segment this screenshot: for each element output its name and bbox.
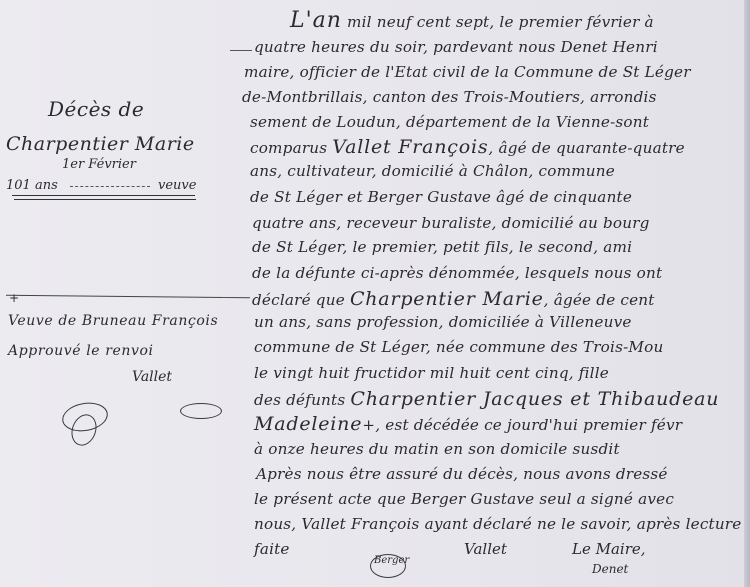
indent-mark [222, 297, 236, 298]
act-body: L'an mil neuf cent sept, le premier févr… [242, 0, 750, 587]
margin-deceased-name: Charpentier Marie [6, 133, 195, 155]
indent-mark [230, 50, 252, 51]
act-line: quatre heures du soir, pardevant nous De… [254, 38, 658, 56]
mother-name: Madeleine [254, 413, 362, 435]
margin-age: 101 ans [6, 178, 58, 193]
line-text: , âgé de quarante-quatre [488, 139, 684, 157]
act-line: le présent acte que Berger Gustave seul … [254, 490, 674, 508]
margin-date: 1er Février [62, 157, 136, 172]
act-line: des défunts Charpentier Jacques et Thiba… [254, 388, 719, 410]
signature-flourish-icon [180, 403, 222, 419]
act-line: maire, officier de l'Etat civil de la Co… [244, 63, 691, 81]
act-line: Après nous être assuré du décès, nous av… [256, 465, 668, 483]
margin-signature: Vallet [132, 369, 172, 385]
margin-separator [6, 295, 250, 299]
parents-names: Charpentier Jacques et Thibaudeau [350, 388, 719, 410]
act-line: de St Léger, le premier, petit fils, le … [252, 238, 632, 256]
act-line: sement de Loudun, département de la Vien… [250, 113, 649, 131]
act-line: quatre ans, receveur buraliste, domicili… [252, 214, 650, 232]
margin-annotation: Veuve de Bruneau François [8, 313, 218, 329]
margin-dashes [70, 186, 150, 187]
line-text: mil neuf cent sept, le premier février à [342, 13, 654, 31]
opening-word: L'an [290, 8, 342, 33]
act-line: déclaré que Charpentier Marie, âgée de c… [252, 288, 655, 310]
line-text: déclaré que [252, 291, 350, 309]
act-line: de St Léger et Berger Gustave âgé de cin… [250, 188, 632, 206]
signature-mayor: Denet [592, 562, 628, 576]
signature-berger: Berger [374, 555, 409, 566]
act-line: à onze heures du matin en son domicile s… [254, 440, 620, 458]
act-line: comparus Vallet François, âgé de quarant… [250, 136, 685, 158]
line-text: comparus [250, 139, 332, 157]
margin-rule [12, 195, 195, 196]
deceased-name: Charpentier Marie [350, 288, 544, 310]
act-line: de la défunte ci-après dénommée, lesquel… [252, 264, 662, 282]
line-text: +, est décédée ce jourd'hui premier févr [362, 416, 682, 434]
line-text: , âgée de cent [544, 291, 655, 309]
line-text: des défunts [254, 391, 350, 409]
act-line: L'an mil neuf cent sept, le premier févr… [290, 8, 654, 33]
margin-rule [14, 199, 196, 200]
cross-mark-icon: + [9, 291, 19, 305]
margin-title: Décès de [48, 97, 144, 121]
signature-vallet: Vallet [464, 540, 507, 558]
mayor-label: Le Maire, [572, 540, 646, 558]
signatures-row: Berger Vallet Le Maire, Denet [242, 552, 750, 587]
declarant-name: Vallet François [332, 136, 488, 158]
act-line: commune de St Léger, née commune des Tro… [254, 338, 663, 356]
margin-status: veuve [158, 178, 196, 193]
act-line: ans, cultivateur, domicilié à Châlon, co… [250, 162, 615, 180]
act-line: Madeleine+, est décédée ce jourd'hui pre… [254, 413, 682, 435]
margin-column: Décès de Charpentier Marie 1er Février 1… [0, 0, 240, 587]
margin-annotation: Approuvé le renvoi [8, 343, 154, 359]
act-line: de-Montbrillais, canton des Trois-Moutie… [242, 88, 657, 106]
act-line: un ans, sans profession, domiciliée à Vi… [254, 313, 632, 331]
register-page: Décès de Charpentier Marie 1er Février 1… [0, 0, 750, 587]
act-line: nous, Vallet François ayant déclaré ne l… [254, 515, 741, 533]
act-line: le vingt huit fructidor mil huit cent ci… [254, 364, 609, 382]
